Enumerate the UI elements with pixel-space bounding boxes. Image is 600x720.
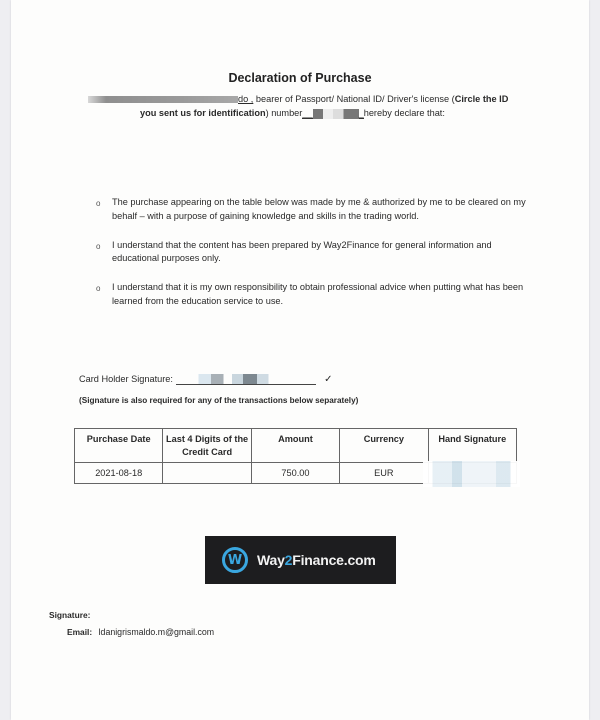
bullet-circle-icon: o [96,239,112,266]
declaration-bullets: o The purchase appearing on the table be… [96,196,526,324]
signature-note: (Signature is also required for any of t… [79,396,358,405]
logo-text: Way2Finance.com [257,552,376,568]
header-hand-signature: Hand Signature [428,429,516,463]
header-amount: Amount [251,429,339,463]
cell-hand-signature [428,463,516,484]
way2finance-logo: W Way2Finance.com [205,536,396,584]
bullet-item: o I understand that it is my own respons… [96,281,526,308]
table-row: 2021-08-18 750.00 EUR [75,463,517,484]
bullet-item: o The purchase appearing on the table be… [96,196,526,223]
bullet-circle-icon: o [96,196,112,223]
bullet-circle-icon: o [96,281,112,308]
redacted-id-number [313,109,359,119]
header-last-4-digits: Last 4 Digits of the Credit Card [163,429,251,463]
redacted-name [88,96,238,103]
purchase-table: Purchase Date Last 4 Digits of the Credi… [74,428,517,484]
intro-line-2: you sent us for identification) number__… [140,108,445,119]
bullet-item: o I understand that the content has been… [96,239,526,266]
footer-email-row: Email: ldanigrismaldo.m@gmail.com [67,627,214,637]
checkmark-icon: ✓ [324,374,332,385]
cell-amount: 750.00 [251,463,339,484]
name-suffix: do , [238,94,253,104]
footer-signature-label: Signature: [49,610,90,620]
card-holder-signature-row: Card Holder Signature: ✓ [79,374,332,385]
way2finance-logo-icon: W [222,547,248,573]
header-currency: Currency [340,429,428,463]
cell-purchase-date: 2021-08-18 [75,463,163,484]
email-value: ldanigrismaldo.m@gmail.com [99,627,215,637]
redacted-hand-signature [423,461,520,487]
card-holder-signature-label: Card Holder Signature: [79,374,173,384]
email-label: Email: [67,627,92,637]
document-title: Declaration of Purchase [0,71,600,85]
cell-currency: EUR [340,463,428,484]
intro-line-1: do , bearer of Passport/ National ID/ Dr… [88,94,508,104]
cell-last-4-digits [163,463,251,484]
header-purchase-date: Purchase Date [75,429,163,463]
card-holder-signature-field[interactable] [176,374,316,385]
